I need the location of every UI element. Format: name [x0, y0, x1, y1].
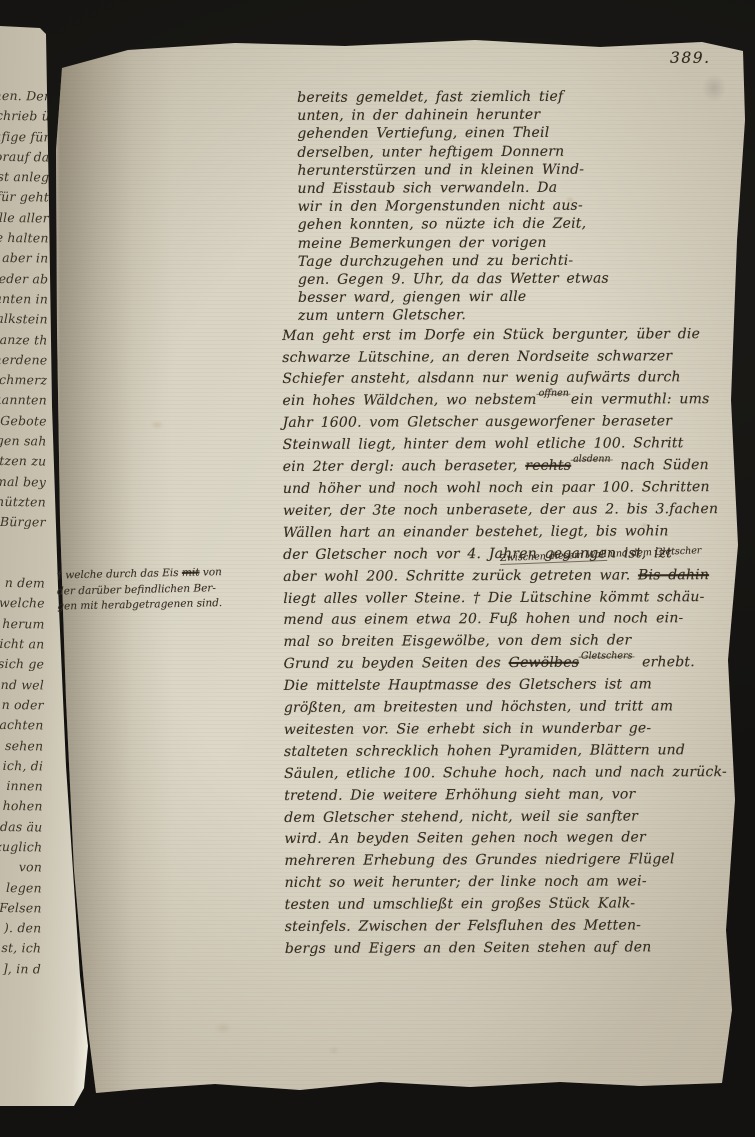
line-text: testen und umschließt ein großes Stück K… [285, 896, 636, 914]
inserted-word: alsdenn [571, 460, 613, 461]
struck-word: Gewölbes [509, 655, 579, 671]
line-text: mehreren Erhebung des Grundes niedrigere… [284, 852, 674, 870]
line-text: liegt alles voller Steine. † Die Lütschi… [283, 589, 704, 607]
manuscript-line: meine Bemerkungen der vorigen [298, 233, 650, 253]
line-text: gehenden Vertiefung, einen Theil [297, 125, 549, 142]
margin-note: † welche durch das Eis mit vonder darübe… [57, 563, 298, 615]
facing-line-fragment: sehen [5, 736, 44, 757]
facing-line-fragment: mal bey [0, 472, 47, 493]
manuscript-line: Jahr 1600. vom Gletscher ausgeworfener b… [283, 411, 723, 435]
manuscript-line: tretend. Die weitere Erhöhung sieht man,… [284, 784, 724, 808]
manuscript-line: Grund zu beyden Seiten des GewölbesGlets… [284, 652, 724, 676]
line-text: wird. An beyden Seiten gehen noch wegen … [284, 830, 646, 848]
line-text: † welche durch das Eis [57, 567, 183, 582]
manuscript-line: liegt alles voller Steine. † Die Lütschi… [283, 587, 723, 611]
line-text: Grund zu beyden Seiten des [284, 655, 509, 672]
manuscript-line: mend aus einem etwa 20. Fuß hohen und no… [283, 608, 723, 632]
manuscript-line: bergs und Eigers an den Seiten stehen au… [285, 937, 725, 961]
text-block-glacier: Die mittelste Hauptmasse des Gletschers … [284, 674, 725, 961]
manuscript-line: nicht so weit herunter; der linke noch a… [285, 871, 725, 895]
facing-line-fragment: von [19, 857, 42, 878]
manuscript-line: Wällen hart an einander bestehet, liegt,… [283, 521, 723, 545]
facing-line-fragment: Hause halten [0, 228, 49, 249]
facing-line-fragment: n oder [2, 695, 44, 716]
facing-line-fragment [41, 553, 45, 573]
manuscript-line: mal so breiten Eisgewölbe, von dem sich … [283, 630, 723, 654]
facing-line-fragment: mit herum [0, 613, 45, 634]
facing-line-fragment: unten in [0, 289, 49, 310]
manuscript-line: herunterstürzen und in kleinen Wind- [297, 160, 649, 180]
facing-line-fragment: zuglich [0, 837, 43, 858]
facing-line-fragment: ). den [4, 918, 42, 939]
facing-line-fragment: welche [0, 593, 45, 614]
facing-line-fragment: ], in d [3, 959, 41, 980]
manuscript-line: und höher und noch wohl noch ein paar 10… [283, 477, 723, 501]
line-text: stalteten schrecklich hohen Pyramiden, B… [284, 742, 685, 760]
line-text: Säulen, etliche 100. Schuhe hoch, nach u… [284, 764, 727, 782]
manuscript-line: ein 2ter dergl: auch beraseter, rechtsal… [283, 455, 723, 479]
facing-line-fragment: n Kalkstein [0, 309, 48, 330]
paper-stain [640, 522, 649, 529]
facing-line-fragment: herdene [0, 350, 48, 371]
line-text: unten, in der dahinein herunter [297, 107, 540, 124]
manuscript-line: gehen konnten, so nüzte ich die Zeit, [298, 215, 650, 235]
line-text: steinfels. Zwischen der Felsfluhen des M… [285, 918, 641, 936]
facing-line-fragment: bekannten [0, 390, 47, 411]
facing-line-fragment: ich, di [3, 756, 44, 777]
line-text: weitesten vor. Sie erhebt sich in wunder… [284, 720, 652, 738]
manuscript-line: Steinwall liegt, hinter dem wohl etliche… [283, 433, 723, 457]
manuscript-line: stalteten schrecklich hohen Pyramiden, B… [284, 740, 724, 764]
manuscript-line: dem Gletscher stehend, nicht, weil sie s… [284, 806, 724, 830]
line-text: Man geht erst im Dorfe ein Stück bergunt… [282, 326, 700, 344]
line-text: Schiefer ansteht, alsdann nur wenig aufw… [282, 370, 680, 388]
main-text-column: bereits gemeldet, fast ziemlich tiefunte… [281, 87, 725, 961]
manuscript-line: aber wohl 200. Schritte zurück getreten … [283, 565, 723, 589]
facing-line-fragment: hohen [3, 796, 43, 817]
facing-line-fragment: läufige für [0, 126, 50, 147]
line-text: dem Gletscher stehend, nicht, weil sie s… [284, 808, 638, 826]
facing-line-fragment: und wel [0, 675, 45, 696]
manuscript-line: wird. An beyden Seiten gehen noch wegen … [284, 828, 724, 852]
facing-line-fragment: schützten [0, 492, 46, 513]
facing-line-fragment: legen [6, 878, 42, 899]
line-text: wir in den Morgenstunden nicht aus- [298, 198, 583, 215]
facing-line-fragment: itte ist anleg [0, 167, 50, 188]
line-text: Jahr 1600. vom Gletscher ausgeworfener b… [283, 414, 673, 432]
facing-line-fragment: schen. Der [0, 86, 51, 107]
line-text: meine Bemerkungen der vorigen [298, 234, 547, 251]
manuscript-line: schwarze Lütschine, an deren Nordseite s… [282, 346, 722, 370]
inserted-word: Gletschers [579, 657, 634, 658]
facing-line-fragment: wieder ab [0, 268, 49, 289]
manuscript-line: Säulen, etliche 100. Schuhe hoch, nach u… [284, 762, 724, 786]
facing-line-fragment [42, 533, 46, 553]
facing-line-fragment: n aber in [0, 248, 49, 269]
struck-word: rechts [525, 458, 571, 474]
line-text: und höher und noch wohl noch ein paar 10… [283, 479, 710, 497]
manuscript-line: wir in den Morgenstunden nicht aus- [298, 197, 650, 217]
manuscript-line: und Eisstaub sich verwandeln. Da [297, 178, 649, 198]
line-text: mal so breiten Eisgewölbe, von dem sich … [283, 633, 631, 651]
manuscript-line: besser ward, giengen wir alle [298, 288, 650, 308]
facing-line-fragment: älle aller [0, 208, 49, 229]
line-text: nicht so weit herunter; der linke noch a… [285, 874, 647, 892]
facing-line-fragment: Batzen zu [0, 451, 47, 472]
facing-line-fragment: sich ge [0, 654, 45, 675]
line-text: bergs und Eigers an den Seiten stehen au… [285, 939, 652, 957]
line-text: der darüber befindlichen Ber- [57, 582, 216, 597]
paper-stain [328, 1046, 340, 1055]
line-text: zum untern Gletscher. [298, 308, 466, 325]
facing-line-fragment: innen [7, 776, 44, 797]
struck-word: mit [182, 567, 200, 579]
facing-page-line-endings: schen. Derbeschrieb üläufige fürworauf d… [0, 86, 51, 980]
line-text: bereits gemeldet, fast ziemlich tief [297, 89, 563, 106]
facing-line-fragment: m Bürger [0, 512, 46, 533]
manuscript-line: größten, am breitesten und höchsten, und… [284, 696, 724, 720]
manuscript-line: gehenden Vertiefung, einen Theil [297, 124, 649, 144]
facing-line-fragment: nicht an [0, 634, 45, 655]
facing-line-fragment: worauf da [0, 147, 50, 168]
manuscript-line: weiter, der 3te noch unberasete, der aus… [283, 499, 723, 523]
line-text: herunterstürzen und in kleinen Wind- [297, 161, 584, 178]
facing-line-fragment: st, ich [2, 938, 42, 959]
manuscript-line: gen. Gegen 9. Uhr, da das Wetter etwas [298, 269, 650, 289]
facing-line-fragment: Gebote [1, 411, 48, 432]
manuscript-line: steinfels. Zwischen der Felsfluhen des M… [285, 915, 725, 939]
inserted-word: offnen [537, 394, 571, 395]
line-text: gen. Gegen 9. Uhr, da das Wetter etwas [298, 271, 609, 288]
facing-line-fragment: beschrieb ü [0, 106, 50, 127]
manuscript-line: mehreren Erhebung des Grundes niedrigere… [284, 849, 724, 873]
line-text: Die mittelste Hauptmasse des Gletschers … [284, 676, 652, 694]
facing-line-fragment: Felsen [0, 898, 42, 919]
manuscript-line: Die mittelste Hauptmasse des Gletschers … [284, 674, 724, 698]
facing-line-fragment: ganze th [0, 329, 48, 350]
line-text: ein 2ter dergl: auch beraseter, [283, 458, 526, 475]
line-text: gehen konnten, so nüzte ich die Zeit, [298, 216, 587, 233]
line-text: ein hohes Wäldchen, wo nebstem [282, 392, 536, 409]
facing-line-fragment: ich achten [0, 715, 44, 736]
manuscript-line: Schiefer ansteht, alsdann nur wenig aufw… [282, 367, 722, 391]
line-text: weiter, der 3te noch unberasete, der aus… [283, 501, 718, 519]
facing-line-fragment: n dem [5, 573, 45, 594]
line-text: Tage durchzugehen und zu berichti- [298, 253, 574, 270]
line-text: von [199, 566, 222, 578]
manuscript-line: testen und umschließt ein großes Stück K… [285, 893, 725, 917]
text-block-continuation: bereits gemeldet, fast ziemlich tiefunte… [281, 87, 650, 325]
facing-line-fragment: d für geht [0, 187, 50, 208]
manuscript-line: weitesten vor. Sie erhebt sich in wunder… [284, 718, 724, 742]
line-text: und Eisstaub sich verwandeln. Da [298, 180, 558, 197]
line-text: aber wohl 200. Schritte zurück getreten … [283, 567, 638, 585]
line-text: ein vermuthl: ums [571, 391, 710, 408]
manuscript-line: zum untern Gletscher. [298, 306, 650, 326]
line-text: besser ward, giengen wir alle [298, 289, 526, 306]
line-text: nach Süden [613, 457, 709, 473]
text-block-walk: Man geht erst im Dorfe ein Stück bergunt… [282, 324, 724, 676]
line-text: größten, am breitesten und höchsten, und… [284, 698, 673, 716]
line-text: derselben, unter heftigem Donnern [297, 143, 564, 160]
line-text: tretend. Die weitere Erhöhung sieht man,… [284, 786, 635, 804]
facing-line-fragment: das äu [0, 817, 43, 838]
manuscript-scan: schen. Derbeschrieb üläufige fürworauf d… [0, 0, 755, 1137]
manuscript-line: Tage durchzugehen und zu berichti- [298, 251, 650, 271]
paper-stain [150, 420, 164, 430]
manuscript-line: derselben, unter heftigem Donnern [297, 142, 649, 162]
paper-stain [214, 1022, 232, 1034]
facing-line-fragment: ägen sah [0, 431, 47, 452]
line-text: schwarze Lütschine, an deren Nordseite s… [282, 348, 672, 366]
line-text: Wällen hart an einander bestehet, liegt,… [283, 523, 669, 541]
manuscript-line: Man geht erst im Dorfe ein Stück bergunt… [282, 324, 722, 348]
manuscript-line: unten, in der dahinein herunter [297, 106, 649, 126]
line-text: Steinwall liegt, hinter dem wohl etliche… [283, 435, 684, 453]
manuscript-line: bereits gemeldet, fast ziemlich tief [297, 87, 649, 107]
struck-word: Bis dahin [638, 567, 709, 583]
line-text: mend aus einem etwa 20. Fuß hohen und no… [283, 611, 683, 629]
line-text: erhebt. [634, 654, 694, 670]
paper-stain [565, 196, 575, 204]
page-number: 389. [670, 49, 711, 67]
manuscript-line: ein hohes Wäldchen, wo nebstemoffnenein … [282, 389, 722, 413]
line-text: gen mit herabgetragenen sind. [57, 597, 222, 612]
facing-line-fragment: Schmerz [0, 370, 48, 391]
